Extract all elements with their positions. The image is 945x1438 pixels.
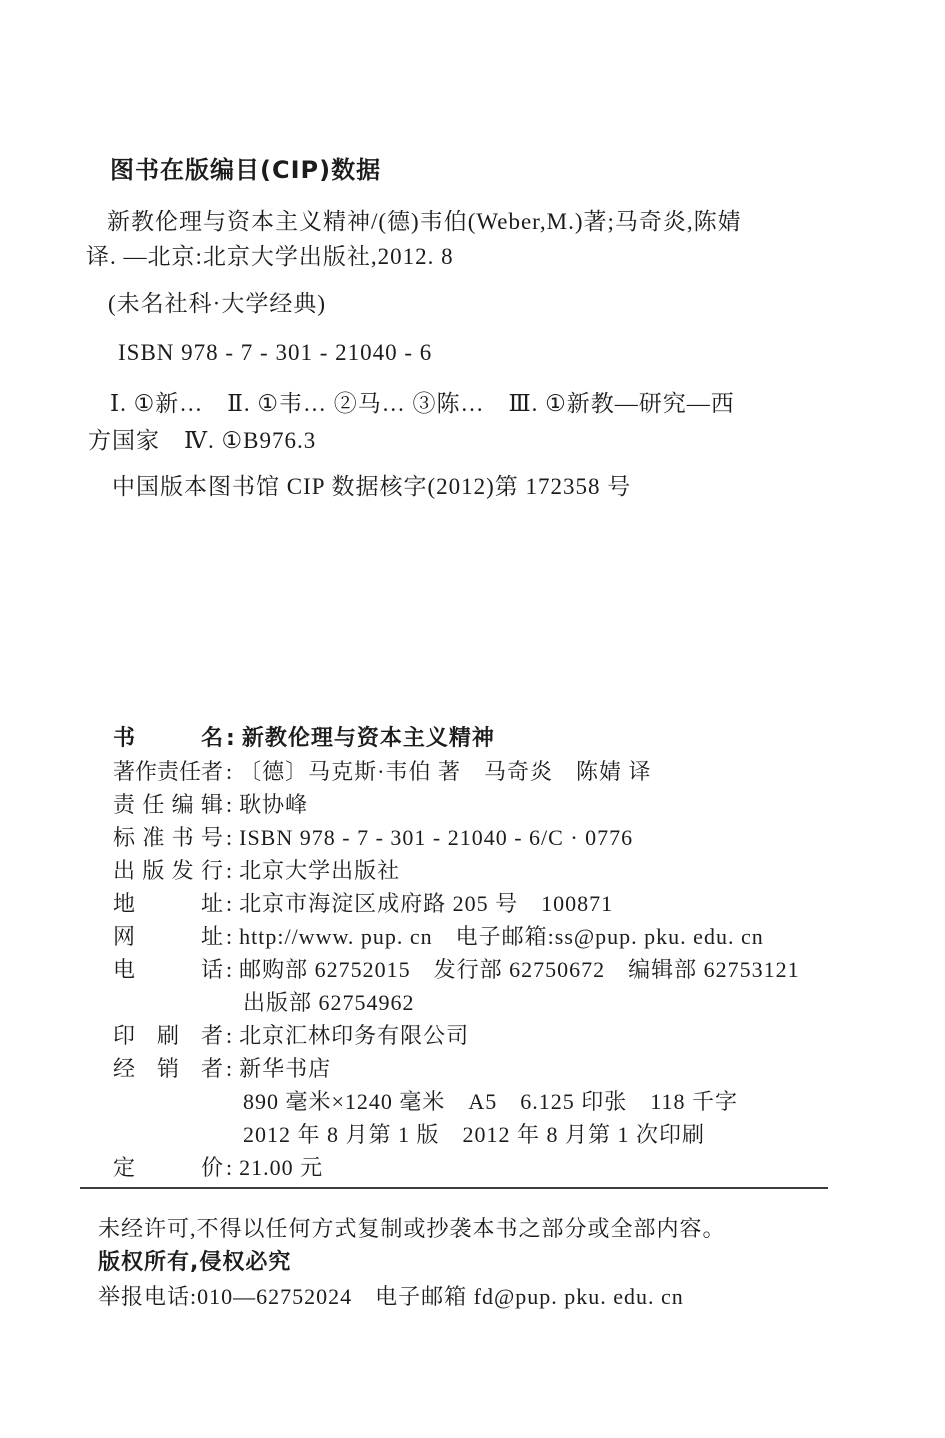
cip-heading: 图书在版编目(CIP)数据 [110,155,896,185]
colophon-value: 21.00 元 [239,1155,323,1180]
colophon-colon: : [226,1155,232,1180]
colophon-value: 新华书店 [239,1056,331,1081]
cip-entry-line-2: 译. —北京:北京大学出版社,2012. 8 [86,239,896,274]
colophon-colon: : [226,726,235,751]
colophon-row: 890 毫米×1240 毫米 A5 6.125 印张 118 千字 [113,1085,913,1118]
colophon-value: http://www. pup. cn 电子邮箱:ss@pup. pku. ed… [239,924,764,949]
colophon-value: 890 毫米×1240 毫米 A5 6.125 印张 118 千字 [243,1089,738,1114]
colophon-colon: : [226,858,232,883]
cip-entry-line-1: 新教伦理与资本主义精神/(德)韦伯(Weber,M.)著;马奇炎,陈婧 [107,204,896,239]
colophon-value: 北京汇林印务有限公司 [239,1023,469,1048]
colophon-value: 2012 年 8 月第 1 版 2012 年 8 月第 1 次印刷 [243,1122,705,1147]
colophon-row: 电 话:邮购部 62752015 发行部 62750672 编辑部 627531… [113,953,913,986]
colophon-row: 标 准 书 号:ISBN 978 - 7 - 301 - 21040 - 6/C… [113,821,913,854]
colophon-row: 网 址:http://www. pup. cn 电子邮箱:ss@pup. pku… [113,920,913,953]
colophon-row: 印 刷 者:北京汇林印务有限公司 [113,1019,913,1052]
colophon-row: 2012 年 8 月第 1 版 2012 年 8 月第 1 次印刷 [113,1118,913,1151]
cip-isbn: ISBN 978 - 7 - 301 - 21040 - 6 [118,335,896,370]
colophon-colon: : [226,1056,232,1081]
book-copyright-page: 图书在版编目(CIP)数据 新教伦理与资本主义精神/(德)韦伯(Weber,M.… [0,0,945,1438]
cip-record-number: 中国版本图书馆 CIP 数据核字(2012)第 172358 号 [112,469,896,504]
colophon-row: 经 销 者:新华书店 [113,1052,913,1085]
colophon-colon: : [226,825,232,850]
colophon-row: 责 任 编 辑:耿协峰 [113,788,913,821]
colophon-value: 北京大学出版社 [239,858,400,883]
footer-section: 未经许可,不得以任何方式复制或抄袭本书之部分或全部内容。 版权所有,侵权必究 举… [98,1212,898,1314]
colophon-colon: : [226,792,232,817]
colophon-colon: : [226,891,232,916]
colophon-row: 地 址:北京市海淀区成府路 205 号 100871 [113,887,913,920]
colophon-row: 书 名:新教伦理与资本主义精神 [113,722,913,755]
colophon-label: 书 名 [113,722,223,755]
colophon-label: 标 准 书 号 [113,821,223,854]
colophon-colon: : [226,924,232,949]
cip-section: 图书在版编目(CIP)数据 新教伦理与资本主义精神/(德)韦伯(Weber,M.… [86,155,896,504]
divider-line [80,1187,828,1189]
colophon-value: 〔德〕马克斯·韦伯 著 马奇炎 陈婧 译 [239,759,651,784]
cip-series-title: (未名社科·大学经典) [108,286,896,321]
colophon-label: 经 销 者 [113,1052,223,1085]
colophon-section: 书 名:新教伦理与资本主义精神著作责任者:〔德〕马克斯·韦伯 著 马奇炎 陈婧 … [113,722,913,1184]
colophon-label: 印 刷 者 [113,1019,223,1052]
colophon-label: 电 话 [113,953,223,986]
colophon-value: 出版部 62754962 [243,990,415,1015]
colophon-colon: : [226,1023,232,1048]
cip-classification-line-2: 方国家 Ⅳ. ①B976.3 [88,422,896,459]
colophon-value: 耿协峰 [239,792,308,817]
colophon-label: 责 任 编 辑 [113,788,223,821]
colophon-row: 定 价:21.00 元 [113,1151,913,1184]
colophon-value: 新教伦理与资本主义精神 [242,726,495,751]
colophon-row: 出版部 62754962 [113,986,913,1019]
colophon-label: 出 版 发 行 [113,854,223,887]
colophon-label: 定 价 [113,1151,223,1184]
colophon-row: 出 版 发 行:北京大学出版社 [113,854,913,887]
colophon-value: ISBN 978 - 7 - 301 - 21040 - 6/C · 0776 [239,825,633,850]
colophon-value: 北京市海淀区成府路 205 号 100871 [239,891,613,916]
cip-classification-line-1: Ⅰ. ①新… Ⅱ. ①韦… ②马… ③陈… Ⅲ. ①新教—研究—西 [110,385,896,422]
colophon-colon: : [226,957,232,982]
colophon-label: 网 址 [113,920,223,953]
copyright-rights-statement: 版权所有,侵权必究 [98,1246,898,1280]
colophon-label: 著作责任者 [113,755,223,788]
no-copy-notice: 未经许可,不得以任何方式复制或抄袭本书之部分或全部内容。 [98,1212,898,1246]
report-contact-line: 举报电话:010—62752024 电子邮箱 fd@pup. pku. edu.… [98,1280,898,1314]
colophon-colon: : [226,759,232,784]
colophon-row: 著作责任者:〔德〕马克斯·韦伯 著 马奇炎 陈婧 译 [113,755,913,788]
colophon-value: 邮购部 62752015 发行部 62750672 编辑部 62753121 [239,957,800,982]
colophon-label: 地 址 [113,887,223,920]
